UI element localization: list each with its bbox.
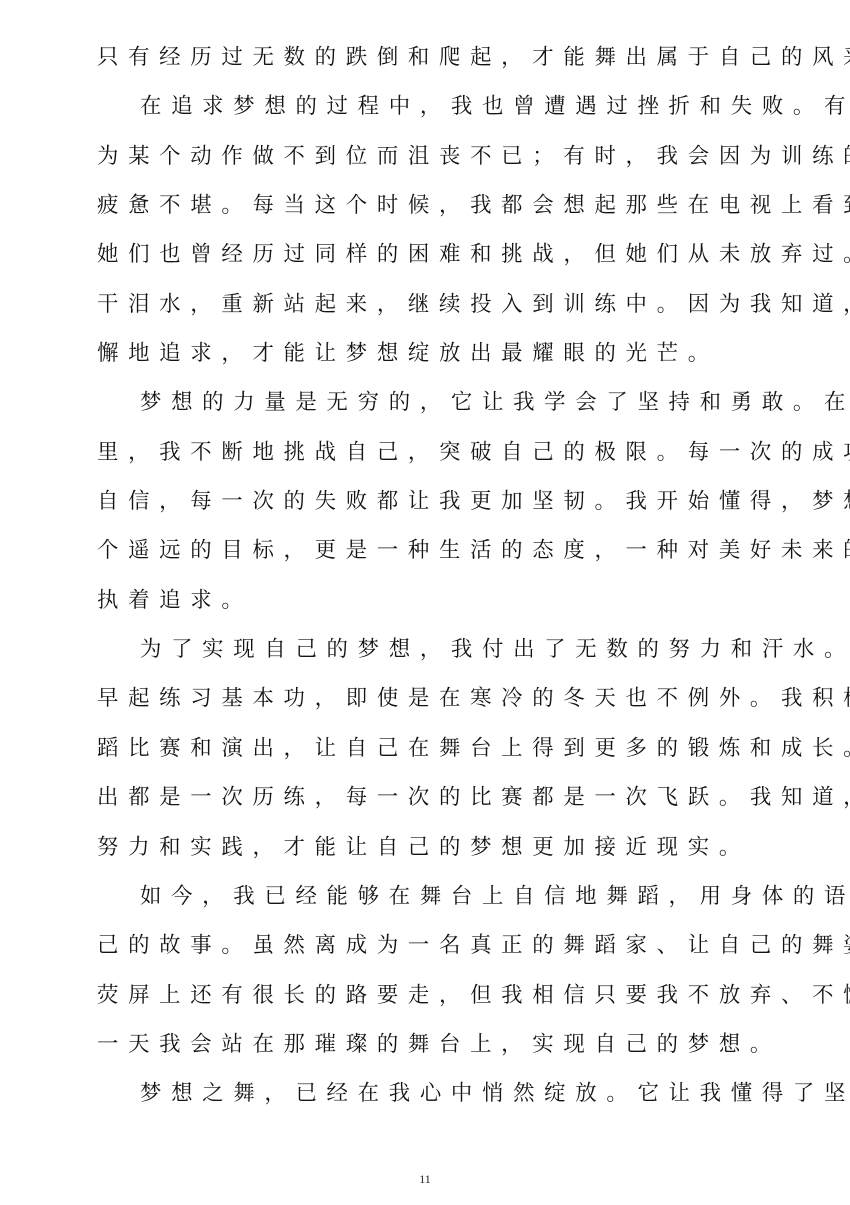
text-line: 蹈比赛和演出，让自己在舞台上得到更多的锻炼和成长。每一次的演: [97, 724, 753, 773]
text-line: 为了实现自己的梦想，我付出了无数的努力和汗水。我坚持每天: [97, 625, 753, 674]
text-line: 在追求梦想的过程中，我也曾遭遇过挫折和失败。有时，我会因: [97, 82, 753, 131]
document-page: 只有经历过无数的跌倒和爬起，才能舞出属于自己的风采。 在追求梦想的过程中，我也曾…: [0, 0, 850, 1205]
text-line: 执着追求。: [97, 576, 753, 625]
text-line: 干泪水，重新站起来，继续投入到训练中。因为我知道，只有坚持不: [97, 280, 753, 329]
text-line: 一天我会站在那璀璨的舞台上，实现自己的梦想。: [97, 1020, 753, 1069]
body-text: 只有经历过无数的跌倒和爬起，才能舞出属于自己的风采。 在追求梦想的过程中，我也曾…: [97, 33, 753, 1119]
text-line: 里，我不断地挑战自己，突破自己的极限。每一次的成功都让我更加: [97, 428, 753, 477]
text-line: 懈地追求，才能让梦想绽放出最耀眼的光芒。: [97, 329, 753, 378]
text-line: 早起练习基本功，即使是在寒冷的冬天也不例外。我积极参加各种舞: [97, 674, 753, 723]
text-line: 荧屏上还有很长的路要走，但我相信只要我不放弃、不懈努力，总有: [97, 971, 753, 1020]
text-line: 努力和实践，才能让自己的梦想更加接近现实。: [97, 823, 753, 872]
text-line: 梦想之舞，已经在我心中悄然绽放。它让我懂得了坚持的意义，: [97, 1069, 753, 1118]
text-line: 如今，我已经能够在舞台上自信地舞蹈，用身体的语言诉说着自: [97, 872, 753, 921]
page-number: 11: [0, 1172, 850, 1187]
text-line: 己的故事。虽然离成为一名真正的舞蹈家、让自己的舞姿绽放在电视: [97, 921, 753, 970]
text-line: 出都是一次历练，每一次的比赛都是一次飞跃。我知道，只有不断地: [97, 773, 753, 822]
text-line: 为某个动作做不到位而沮丧不已；有时，我会因为训练的艰苦而感到: [97, 132, 753, 181]
text-line: 梦想的力量是无穷的，它让我学会了坚持和勇敢。在舞蹈的世界: [97, 378, 753, 427]
text-line: 她们也曾经历过同样的困难和挑战，但她们从未放弃过。于是，我擦: [97, 230, 753, 279]
text-line: 只有经历过无数的跌倒和爬起，才能舞出属于自己的风采。: [97, 33, 753, 82]
text-line: 个遥远的目标，更是一种生活的态度，一种对美好未来的无限向往和: [97, 526, 753, 575]
text-line: 疲惫不堪。每当这个时候，我都会想起那些在电视上看到的舞蹈者们，: [97, 181, 753, 230]
text-line: 自信，每一次的失败都让我更加坚韧。我开始懂得，梦想不仅仅是一: [97, 477, 753, 526]
